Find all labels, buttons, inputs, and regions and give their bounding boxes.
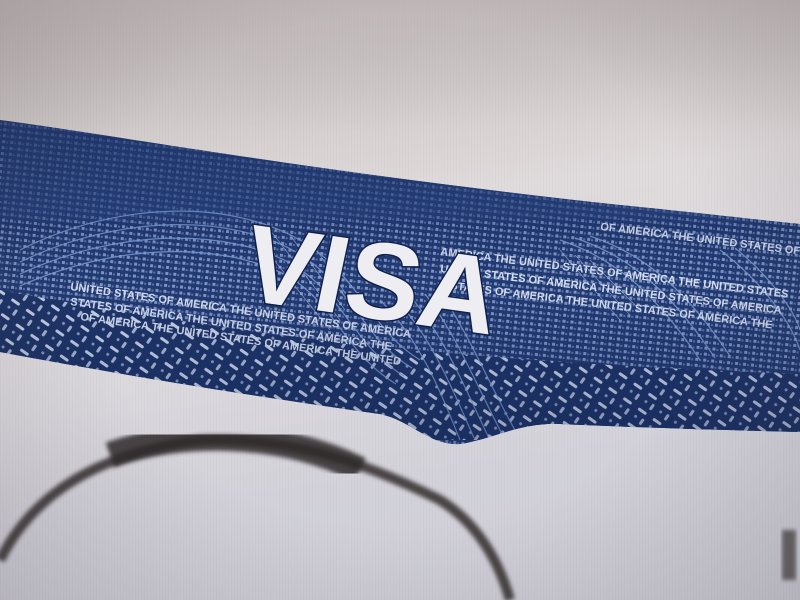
edge-mark [782,530,796,580]
visa-photo: UNITED STATES OF AMERICA THE UNITED STAT… [0,0,800,600]
top-blur [0,0,800,130]
passport-photo-outline [0,438,510,600]
